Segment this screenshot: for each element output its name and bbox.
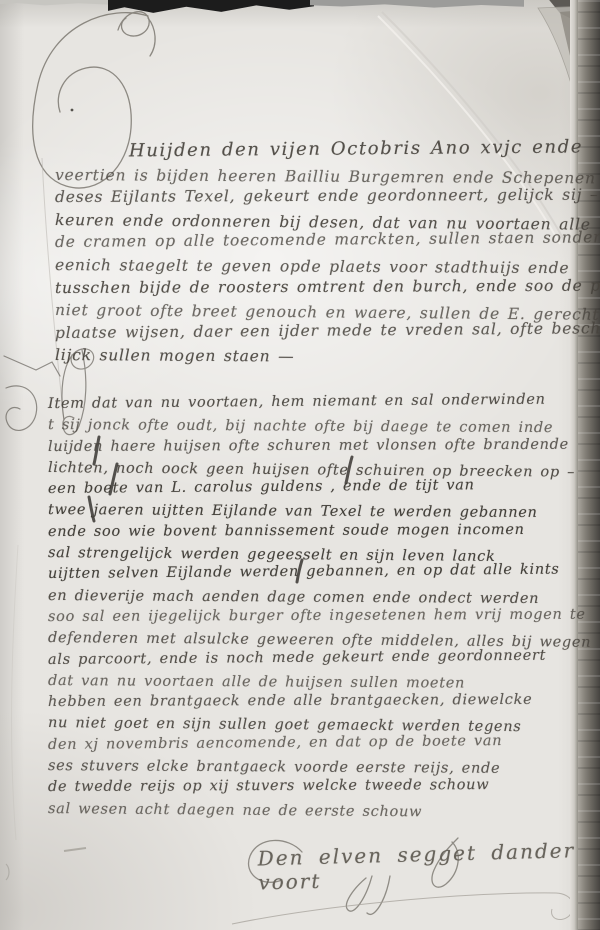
manuscript-photo: Huijden den vijen Octobris Ano xvjc ende… [0,0,600,930]
paragraph-2: Item dat van nu voortaen, hem niemant en… [48,394,576,820]
manuscript-line: plaatse wijsen, daer een ijder mede te v… [55,317,575,344]
manuscript-line: deses Eijlants Texel, gekeurt ende geord… [55,184,575,209]
manuscript-line: luijden haere huijsen ofte schuren met v… [48,434,576,458]
manuscript-line: lijck sullen mogen staen — [55,344,575,370]
manuscript-line: tusschen bijde de roosters omtrent den b… [55,274,575,299]
manuscript-line: ende soo wie bovent bannissement soude m… [48,519,576,543]
manuscript-line: den xj novembris aencomende, en dat op d… [48,730,576,756]
manuscript-line: de twedde reijs op xij stuvers welcke tw… [48,775,576,799]
manuscript-line: sal wesen acht daegen nae de eerste scho… [48,799,576,825]
manuscript-line: uijtten selven Eijlande werden gebannen,… [48,560,576,586]
signature-line: Den elven segget dander voort [257,838,600,895]
manuscript-line: hebben een brantgaeck ende alle brantgae… [48,690,576,714]
manuscript-line: de cramen op alle toecomende marckten, s… [55,227,575,254]
paragraph-1: Huijden den vijen Octobris Ano xvjc ende… [55,141,575,367]
manuscript-line: een boete van L. carolus guldens , ende … [48,475,576,501]
manuscript-line: als parcoort, ende is noch mede gekeurt … [48,645,576,671]
manuscript-line: Huijden den vijen Octobris Ano xvjc ende [55,136,575,163]
manuscript-line: soo sal een ijegelijck burger ofte inges… [48,605,576,629]
manuscript-line: Item dat van nu voortaen, hem niemant en… [48,389,576,415]
